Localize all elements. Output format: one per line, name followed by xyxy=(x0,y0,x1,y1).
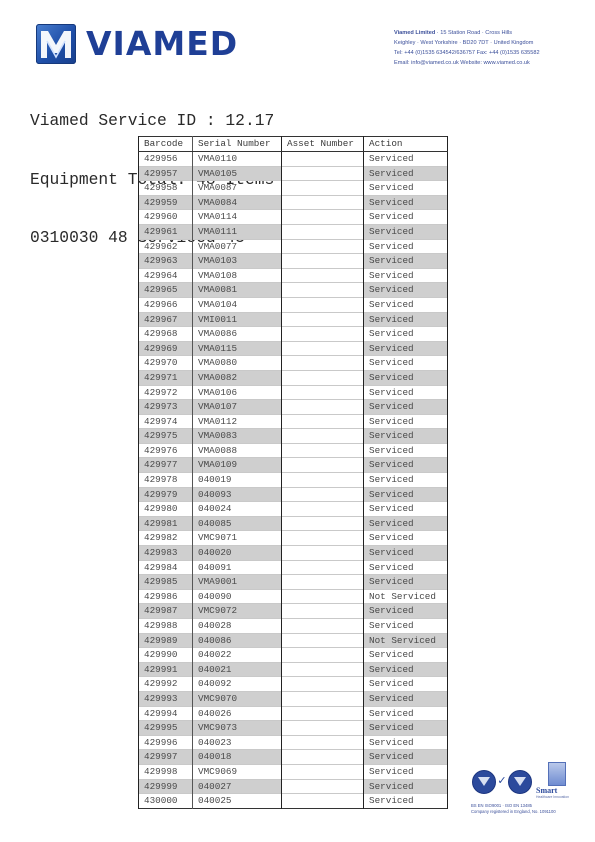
table-row: 429984040091Serviced xyxy=(139,560,448,575)
serial-number-cell: VMA0082 xyxy=(193,370,282,385)
barcode-cell: 429998 xyxy=(139,764,193,779)
table-row: 429971VMA0082Serviced xyxy=(139,370,448,385)
smart-logo-subtitle: Healthcare Innovation xyxy=(536,795,569,799)
action-cell: Serviced xyxy=(364,327,448,342)
serial-number-cell: VMA0088 xyxy=(193,443,282,458)
asset-number-cell xyxy=(282,195,364,210)
barcode-cell: 429975 xyxy=(139,429,193,444)
serial-number-cell: 040086 xyxy=(193,633,282,648)
barcode-cell: 429966 xyxy=(139,297,193,312)
barcode-cell: 429992 xyxy=(139,677,193,692)
barcode-cell: 429982 xyxy=(139,531,193,546)
action-cell: Serviced xyxy=(364,385,448,400)
company-info-line: Tel: +44 (0)1535 634542/636757 Fax: +44 … xyxy=(394,48,594,58)
table-row: 429995VMC9073Serviced xyxy=(139,721,448,736)
serial-number-cell: VMA0086 xyxy=(193,327,282,342)
table-row: 429983040020Serviced xyxy=(139,546,448,561)
asset-number-cell xyxy=(282,385,364,400)
serial-number-cell: VMA0114 xyxy=(193,210,282,225)
iso-certification-badge-icon xyxy=(508,770,532,794)
logo-wordmark: VIAMED xyxy=(86,24,238,64)
action-cell: Serviced xyxy=(364,794,448,809)
barcode-cell: 429977 xyxy=(139,458,193,473)
asset-number-cell xyxy=(282,414,364,429)
asset-number-cell xyxy=(282,166,364,181)
action-cell: Serviced xyxy=(364,195,448,210)
action-cell: Serviced xyxy=(364,224,448,239)
asset-number-cell xyxy=(282,327,364,342)
action-cell: Serviced xyxy=(364,283,448,298)
table-row: 429990040022Serviced xyxy=(139,648,448,663)
barcode-cell: 429983 xyxy=(139,546,193,561)
barcode-cell: 429965 xyxy=(139,283,193,298)
serial-number-cell: VMA0109 xyxy=(193,458,282,473)
serial-number-cell: 040021 xyxy=(193,662,282,677)
asset-number-cell xyxy=(282,502,364,517)
table-row: 429980040024Serviced xyxy=(139,502,448,517)
action-cell: Serviced xyxy=(364,560,448,575)
equipment-table: Barcode Serial Number Asset Number Actio… xyxy=(138,136,448,809)
table-row: 429965VMA0081Serviced xyxy=(139,283,448,298)
serial-number-cell: 040090 xyxy=(193,589,282,604)
asset-number-cell xyxy=(282,210,364,225)
action-cell: Serviced xyxy=(364,356,448,371)
crown-check-icon: ✓ xyxy=(497,768,507,794)
action-cell: Serviced xyxy=(364,210,448,225)
serial-number-cell: VMA0106 xyxy=(193,385,282,400)
action-cell: Serviced xyxy=(364,400,448,415)
asset-number-cell xyxy=(282,487,364,502)
barcode-cell: 429981 xyxy=(139,516,193,531)
asset-number-cell xyxy=(282,181,364,196)
action-cell: Serviced xyxy=(364,764,448,779)
asset-number-cell xyxy=(282,662,364,677)
action-cell: Serviced xyxy=(364,429,448,444)
serial-number-cell: VMA9001 xyxy=(193,575,282,590)
asset-number-cell xyxy=(282,429,364,444)
barcode-cell: 429997 xyxy=(139,750,193,765)
serial-number-cell: VMA0081 xyxy=(193,283,282,298)
column-header-asset-number: Asset Number xyxy=(282,137,364,152)
barcode-cell: 429970 xyxy=(139,356,193,371)
table-header-row: Barcode Serial Number Asset Number Actio… xyxy=(139,137,448,152)
asset-number-cell xyxy=(282,589,364,604)
serial-number-cell: VMA0077 xyxy=(193,239,282,254)
table-row: 429982VMC9071Serviced xyxy=(139,531,448,546)
action-cell: Serviced xyxy=(364,181,448,196)
serial-number-cell: VMA0084 xyxy=(193,195,282,210)
barcode-cell: 429988 xyxy=(139,619,193,634)
serial-number-cell: VMC9070 xyxy=(193,691,282,706)
action-cell: Serviced xyxy=(364,473,448,488)
asset-number-cell xyxy=(282,619,364,634)
table-row: 429977VMA0109Serviced xyxy=(139,458,448,473)
table-row: 429967VMI0011Serviced xyxy=(139,312,448,327)
barcode-cell: 429993 xyxy=(139,691,193,706)
action-cell: Serviced xyxy=(364,750,448,765)
table-row: 429956VMA0110Serviced xyxy=(139,152,448,167)
company-info-line: Viamed Limited · 15 Station Road · Cross… xyxy=(394,28,594,38)
asset-number-cell xyxy=(282,516,364,531)
asset-number-cell xyxy=(282,370,364,385)
company-info-line: Keighley · West Yorkshire · BD20 7DT · U… xyxy=(394,38,594,48)
table-row: 429999040027Serviced xyxy=(139,779,448,794)
serial-number-cell: VMA0105 xyxy=(193,166,282,181)
action-cell: Serviced xyxy=(364,721,448,736)
serial-number-cell: 040023 xyxy=(193,735,282,750)
asset-number-cell xyxy=(282,677,364,692)
barcode-cell: 429991 xyxy=(139,662,193,677)
action-cell: Serviced xyxy=(364,254,448,269)
table-row: 429997040018Serviced xyxy=(139,750,448,765)
action-cell: Serviced xyxy=(364,648,448,663)
serial-number-cell: 040028 xyxy=(193,619,282,634)
serial-number-cell: VMA0115 xyxy=(193,341,282,356)
smart-hand-icon xyxy=(548,762,566,786)
action-cell: Serviced xyxy=(364,502,448,517)
asset-number-cell xyxy=(282,648,364,663)
asset-number-cell xyxy=(282,735,364,750)
barcode-cell: 429964 xyxy=(139,268,193,283)
serial-number-cell: 040018 xyxy=(193,750,282,765)
asset-number-cell xyxy=(282,400,364,415)
action-cell: Serviced xyxy=(364,370,448,385)
serial-number-cell: VMC9072 xyxy=(193,604,282,619)
serial-number-cell: 040025 xyxy=(193,794,282,809)
barcode-cell: 429996 xyxy=(139,735,193,750)
table-row: 429979040093Serviced xyxy=(139,487,448,502)
serial-number-cell: 040091 xyxy=(193,560,282,575)
table-row: 429985VMA9001Serviced xyxy=(139,575,448,590)
table-row: 429974VMA0112Serviced xyxy=(139,414,448,429)
action-cell: Serviced xyxy=(364,619,448,634)
asset-number-cell xyxy=(282,604,364,619)
certification-logos: ✓ Smart Healthcare Innovation xyxy=(472,768,592,798)
serial-number-cell: 040027 xyxy=(193,779,282,794)
action-cell: Serviced xyxy=(364,312,448,327)
table-row: 429975VMA0083Serviced xyxy=(139,429,448,444)
action-cell: Serviced xyxy=(364,779,448,794)
serial-number-cell: VMA0104 xyxy=(193,297,282,312)
serial-number-cell: 040092 xyxy=(193,677,282,692)
asset-number-cell xyxy=(282,706,364,721)
table-row: 429981040085Serviced xyxy=(139,516,448,531)
serial-number-cell: VMA0087 xyxy=(193,181,282,196)
asset-number-cell xyxy=(282,546,364,561)
barcode-cell: 429972 xyxy=(139,385,193,400)
barcode-cell: 429999 xyxy=(139,779,193,794)
table-row: 429959VMA0084Serviced xyxy=(139,195,448,210)
asset-number-cell xyxy=(282,283,364,298)
barcode-cell: 429985 xyxy=(139,575,193,590)
column-header-barcode: Barcode xyxy=(139,137,193,152)
serial-number-cell: 040022 xyxy=(193,648,282,663)
barcode-cell: 429961 xyxy=(139,224,193,239)
barcode-cell: 429979 xyxy=(139,487,193,502)
asset-number-cell xyxy=(282,779,364,794)
barcode-cell: 429958 xyxy=(139,181,193,196)
table-row: 429978040019Serviced xyxy=(139,473,448,488)
barcode-cell: 429978 xyxy=(139,473,193,488)
serial-number-cell: VMA0108 xyxy=(193,268,282,283)
table-row: 429973VMA0107Serviced xyxy=(139,400,448,415)
barcode-cell: 429968 xyxy=(139,327,193,342)
action-cell: Serviced xyxy=(364,414,448,429)
action-cell: Serviced xyxy=(364,531,448,546)
iso-certification-badge-icon xyxy=(472,770,496,794)
barcode-cell: 429957 xyxy=(139,166,193,181)
serial-number-cell: VMA0103 xyxy=(193,254,282,269)
serial-number-cell: 040020 xyxy=(193,546,282,561)
barcode-cell: 429990 xyxy=(139,648,193,663)
serial-number-cell: VMI0011 xyxy=(193,312,282,327)
table-row: 429960VMA0114Serviced xyxy=(139,210,448,225)
barcode-cell: 429984 xyxy=(139,560,193,575)
table-row: 429972VMA0106Serviced xyxy=(139,385,448,400)
action-cell: Serviced xyxy=(364,516,448,531)
asset-number-cell xyxy=(282,633,364,648)
barcode-cell: 429960 xyxy=(139,210,193,225)
asset-number-cell xyxy=(282,575,364,590)
serial-number-cell: VMA0112 xyxy=(193,414,282,429)
company-info-line: Email: info@viamed.co.uk Website: www.vi… xyxy=(394,58,594,68)
barcode-cell: 429974 xyxy=(139,414,193,429)
column-header-action: Action xyxy=(364,137,448,152)
table-row: 429998VMC9069Serviced xyxy=(139,764,448,779)
barcode-cell: 429969 xyxy=(139,341,193,356)
table-row: 429961VMA0111Serviced xyxy=(139,224,448,239)
serial-number-cell: 040026 xyxy=(193,706,282,721)
barcode-cell: 429959 xyxy=(139,195,193,210)
barcode-cell: 430000 xyxy=(139,794,193,809)
action-cell: Serviced xyxy=(364,341,448,356)
asset-number-cell xyxy=(282,750,364,765)
table-row: 429986040090Not Serviced xyxy=(139,589,448,604)
table-row: 429970VMA0080Serviced xyxy=(139,356,448,371)
asset-number-cell xyxy=(282,356,364,371)
asset-number-cell xyxy=(282,239,364,254)
asset-number-cell xyxy=(282,268,364,283)
table-row: 429976VMA0088Serviced xyxy=(139,443,448,458)
table-row: 429987VMC9072Serviced xyxy=(139,604,448,619)
table-row: 429988040028Serviced xyxy=(139,619,448,634)
serial-number-cell: VMA0107 xyxy=(193,400,282,415)
table-row: 429991040021Serviced xyxy=(139,662,448,677)
smart-logo-text: Smart xyxy=(536,786,557,795)
caption-line: Company registered in England, No. 10911… xyxy=(471,809,556,815)
barcode-cell: 429967 xyxy=(139,312,193,327)
barcode-cell: 429963 xyxy=(139,254,193,269)
asset-number-cell xyxy=(282,297,364,312)
barcode-cell: 429980 xyxy=(139,502,193,517)
serial-number-cell: VMA0083 xyxy=(193,429,282,444)
asset-number-cell xyxy=(282,473,364,488)
asset-number-cell xyxy=(282,312,364,327)
service-id-line: Viamed Service ID : 12.17 xyxy=(30,111,274,131)
barcode-cell: 429962 xyxy=(139,239,193,254)
asset-number-cell xyxy=(282,721,364,736)
table-row: 430000040025Serviced xyxy=(139,794,448,809)
serial-number-cell: 040085 xyxy=(193,516,282,531)
action-cell: Serviced xyxy=(364,297,448,312)
table-row: 429969VMA0115Serviced xyxy=(139,341,448,356)
action-cell: Serviced xyxy=(364,166,448,181)
viamed-logo: VIAMED xyxy=(36,24,238,64)
asset-number-cell xyxy=(282,254,364,269)
barcode-cell: 429989 xyxy=(139,633,193,648)
barcode-cell: 429987 xyxy=(139,604,193,619)
asset-number-cell xyxy=(282,794,364,809)
asset-number-cell xyxy=(282,341,364,356)
action-cell: Serviced xyxy=(364,677,448,692)
barcode-cell: 429973 xyxy=(139,400,193,415)
viamed-logo-mark-icon xyxy=(36,24,76,64)
serial-number-cell: 040024 xyxy=(193,502,282,517)
table-row: 429957VMA0105Serviced xyxy=(139,166,448,181)
serial-number-cell: VMA0111 xyxy=(193,224,282,239)
action-cell: Not Serviced xyxy=(364,633,448,648)
action-cell: Not Serviced xyxy=(364,589,448,604)
column-header-serial-number: Serial Number xyxy=(193,137,282,152)
action-cell: Serviced xyxy=(364,662,448,677)
table-row: 429993VMC9070Serviced xyxy=(139,691,448,706)
table-row: 429992040092Serviced xyxy=(139,677,448,692)
action-cell: Serviced xyxy=(364,691,448,706)
asset-number-cell xyxy=(282,691,364,706)
table-row: 429963VMA0103Serviced xyxy=(139,254,448,269)
table-row: 429994040026Serviced xyxy=(139,706,448,721)
action-cell: Serviced xyxy=(364,152,448,167)
action-cell: Serviced xyxy=(364,458,448,473)
asset-number-cell xyxy=(282,224,364,239)
certification-caption: BS EN ISO9001 · ISO EN 13485 Company reg… xyxy=(471,803,556,815)
action-cell: Serviced xyxy=(364,706,448,721)
serial-number-cell: VMC9073 xyxy=(193,721,282,736)
barcode-cell: 429971 xyxy=(139,370,193,385)
barcode-cell: 429986 xyxy=(139,589,193,604)
asset-number-cell xyxy=(282,458,364,473)
table-row: 429958VMA0087Serviced xyxy=(139,181,448,196)
serial-number-cell: 040093 xyxy=(193,487,282,502)
action-cell: Serviced xyxy=(364,604,448,619)
asset-number-cell xyxy=(282,764,364,779)
barcode-cell: 429976 xyxy=(139,443,193,458)
table-body: 429956VMA0110Serviced429957VMA0105Servic… xyxy=(139,152,448,809)
barcode-cell: 429956 xyxy=(139,152,193,167)
asset-number-cell xyxy=(282,443,364,458)
table-row: 429989040086Not Serviced xyxy=(139,633,448,648)
table-row: 429962VMA0077Serviced xyxy=(139,239,448,254)
serial-number-cell: VMC9071 xyxy=(193,531,282,546)
serial-number-cell: VMA0080 xyxy=(193,356,282,371)
company-contact-info: Viamed Limited · 15 Station Road · Cross… xyxy=(394,28,594,68)
action-cell: Serviced xyxy=(364,487,448,502)
action-cell: Serviced xyxy=(364,268,448,283)
table-row: 429964VMA0108Serviced xyxy=(139,268,448,283)
action-cell: Serviced xyxy=(364,239,448,254)
barcode-cell: 429995 xyxy=(139,721,193,736)
table-row: 429968VMA0086Serviced xyxy=(139,327,448,342)
table-row: 429966VMA0104Serviced xyxy=(139,297,448,312)
action-cell: Serviced xyxy=(364,735,448,750)
table-row: 429996040023Serviced xyxy=(139,735,448,750)
asset-number-cell xyxy=(282,152,364,167)
serial-number-cell: 040019 xyxy=(193,473,282,488)
action-cell: Serviced xyxy=(364,443,448,458)
action-cell: Serviced xyxy=(364,546,448,561)
asset-number-cell xyxy=(282,531,364,546)
asset-number-cell xyxy=(282,560,364,575)
serial-number-cell: VMC9069 xyxy=(193,764,282,779)
barcode-cell: 429994 xyxy=(139,706,193,721)
serial-number-cell: VMA0110 xyxy=(193,152,282,167)
action-cell: Serviced xyxy=(364,575,448,590)
